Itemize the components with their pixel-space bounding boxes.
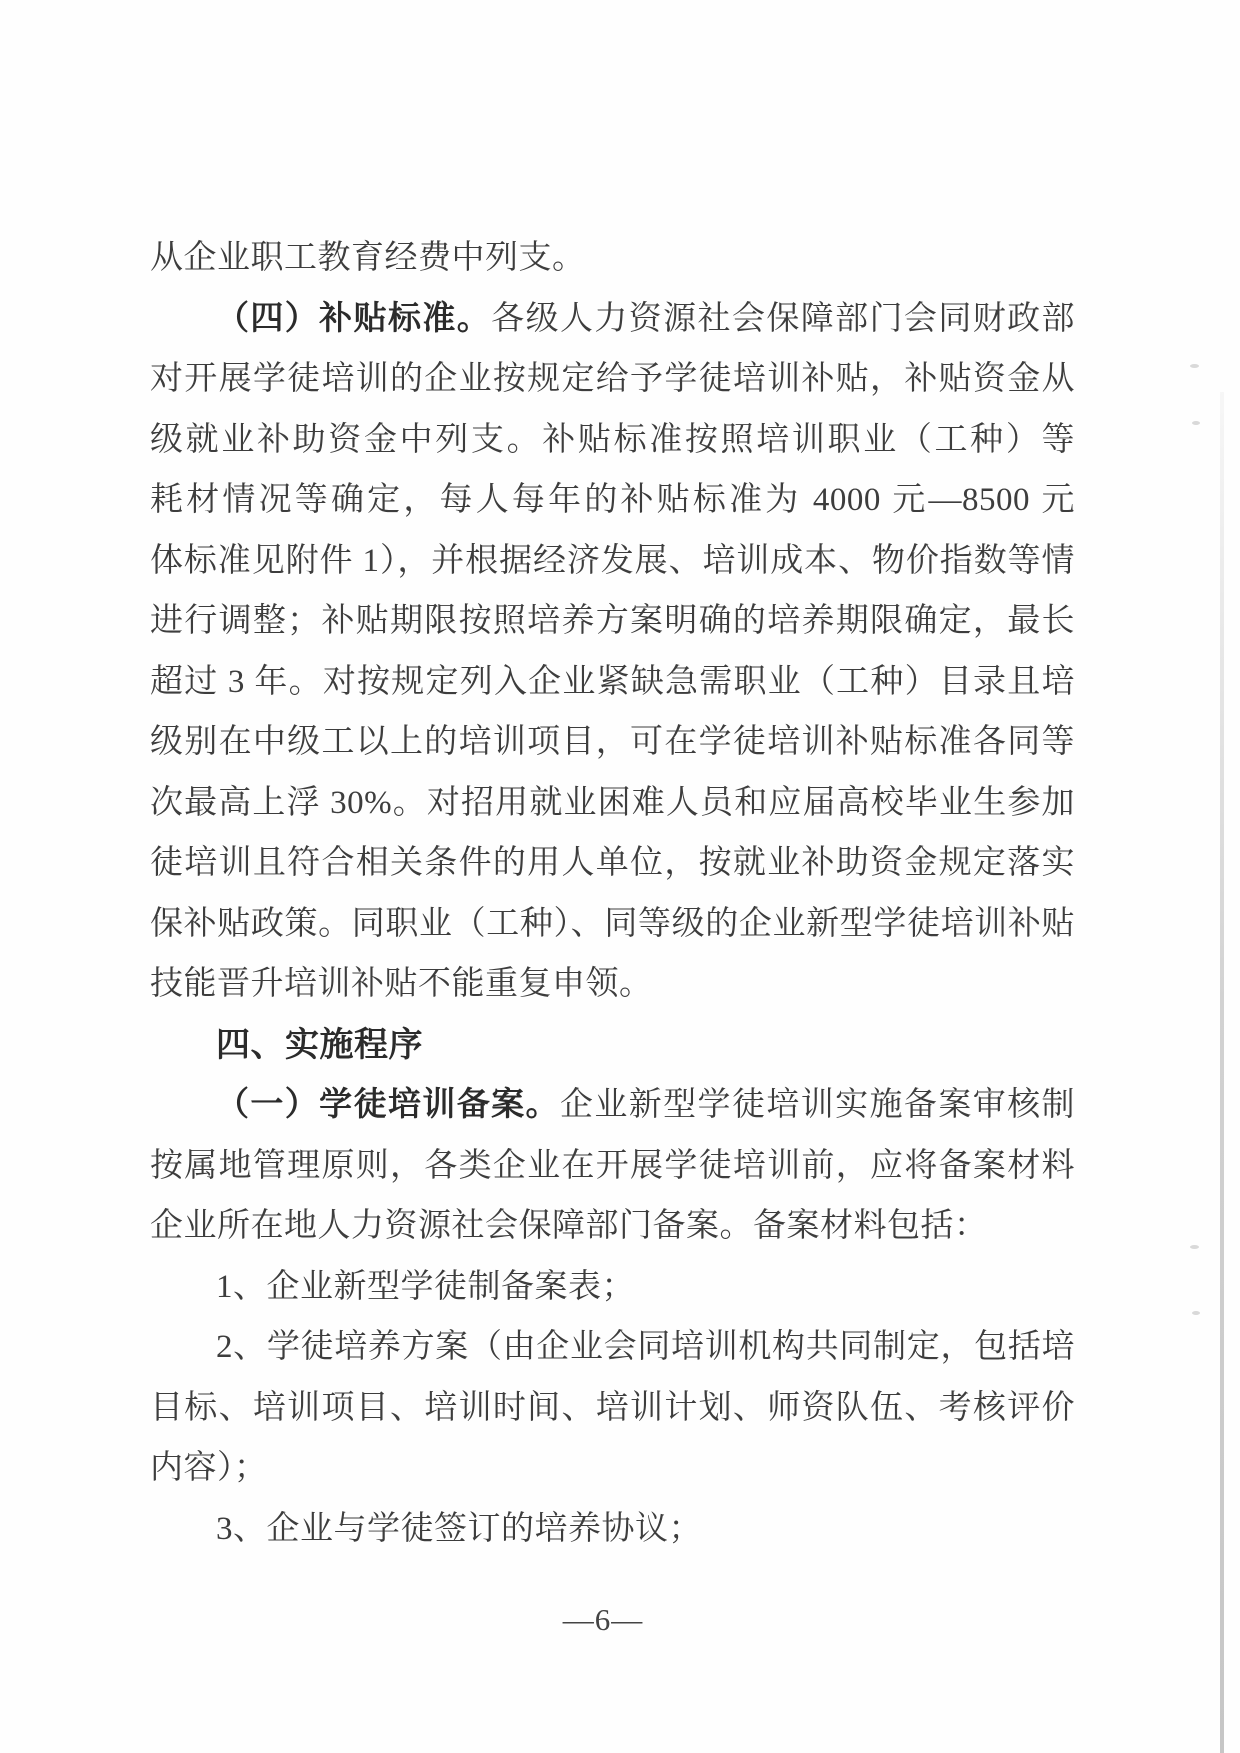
paragraph-line: 进行调整；补贴期限按照培养方案明确的培养期限确定，最长不 — [150, 591, 1075, 652]
paragraph-line: 按属地管理原则，各类企业在开展学徒培训前，应将备案材料报 — [150, 1136, 1075, 1197]
paragraph-line: 保补贴政策。同职业（工种）、同等级的企业新型学徒培训补贴和 — [150, 894, 1075, 955]
list-item-1: 1、企业新型学徒制备案表； — [150, 1257, 1075, 1318]
paragraph-line: 级就业补助资金中列支。补贴标准按照培训职业（工种）等级、 — [150, 410, 1075, 471]
paragraph-line: 级别在中级工以上的培训项目，可在学徒培训补贴标准各同等档 — [150, 712, 1075, 773]
paragraph-line: 四、实施程序 — [150, 1015, 1075, 1076]
section-heading-implementation-procedure: 四、实施程序 — [216, 1026, 423, 1064]
scan-speck — [1192, 421, 1200, 425]
paragraph-line: 企业所在地人力资源社会保障部门备案。备案材料包括： — [150, 1196, 1075, 1257]
text-block: 从企业职工教育经费中列支。 （四）补贴标准。各级人力资源社会保障部门会同财政部门… — [150, 228, 1075, 1559]
paragraph-line: 从企业职工教育经费中列支。 — [150, 228, 1075, 289]
paragraph-line: 次最高上浮 30%。对招用就业困难人员和应届高校毕业生参加学 — [150, 773, 1075, 834]
paragraph-line: 对开展学徒培训的企业按规定给予学徒培训补贴，补贴资金从各 — [150, 349, 1075, 410]
paragraph-line: 体标准见附件 1），并根据经济发展、培训成本、物价指数等情况 — [150, 531, 1075, 592]
paragraph-line: （四）补贴标准。各级人力资源社会保障部门会同财政部门 — [150, 289, 1075, 350]
subsection-heading-subsidy-standard: （四）补贴标准。 — [216, 301, 491, 337]
scan-speck — [1190, 364, 1199, 368]
page-number: —6— — [0, 1598, 1206, 1642]
subsection-heading-apprentice-filing: （一）学徒培训备案。 — [216, 1087, 560, 1123]
list-item-3: 3、企业与学徒签订的培养协议； — [150, 1499, 1075, 1560]
list-item-2: 2、学徒培养方案（由企业会同培训机构共同制定，包括培训 — [150, 1317, 1075, 1378]
paragraph-line: （一）学徒培训备案。企业新型学徒培训实施备案审核制度。 — [150, 1075, 1075, 1136]
paragraph-line: 内容）； — [150, 1438, 1075, 1499]
paragraph-line: 超过 3 年。对按规定列入企业紧缺急需职业（工种）目录且培训 — [150, 652, 1075, 713]
scan-edge-shadow — [1220, 392, 1224, 1753]
scan-speck — [1190, 1245, 1199, 1249]
paragraph-line: 徒培训且符合相关条件的用人单位，按就业补助资金规定落实社 — [150, 833, 1075, 894]
paragraph-line: 技能晋升培训补贴不能重复申领。 — [150, 954, 1075, 1015]
paragraph-line: 耗材情况等确定，每人每年的补贴标准为 4000 元—8500 元（具 — [150, 470, 1075, 531]
scan-speck — [1192, 1311, 1200, 1315]
document-page: 从企业职工教育经费中列支。 （四）补贴标准。各级人力资源社会保障部门会同财政部门… — [0, 0, 1240, 1753]
paragraph-line: 目标、培训项目、培训时间、培训计划、师资队伍、考核评价等 — [150, 1378, 1075, 1439]
